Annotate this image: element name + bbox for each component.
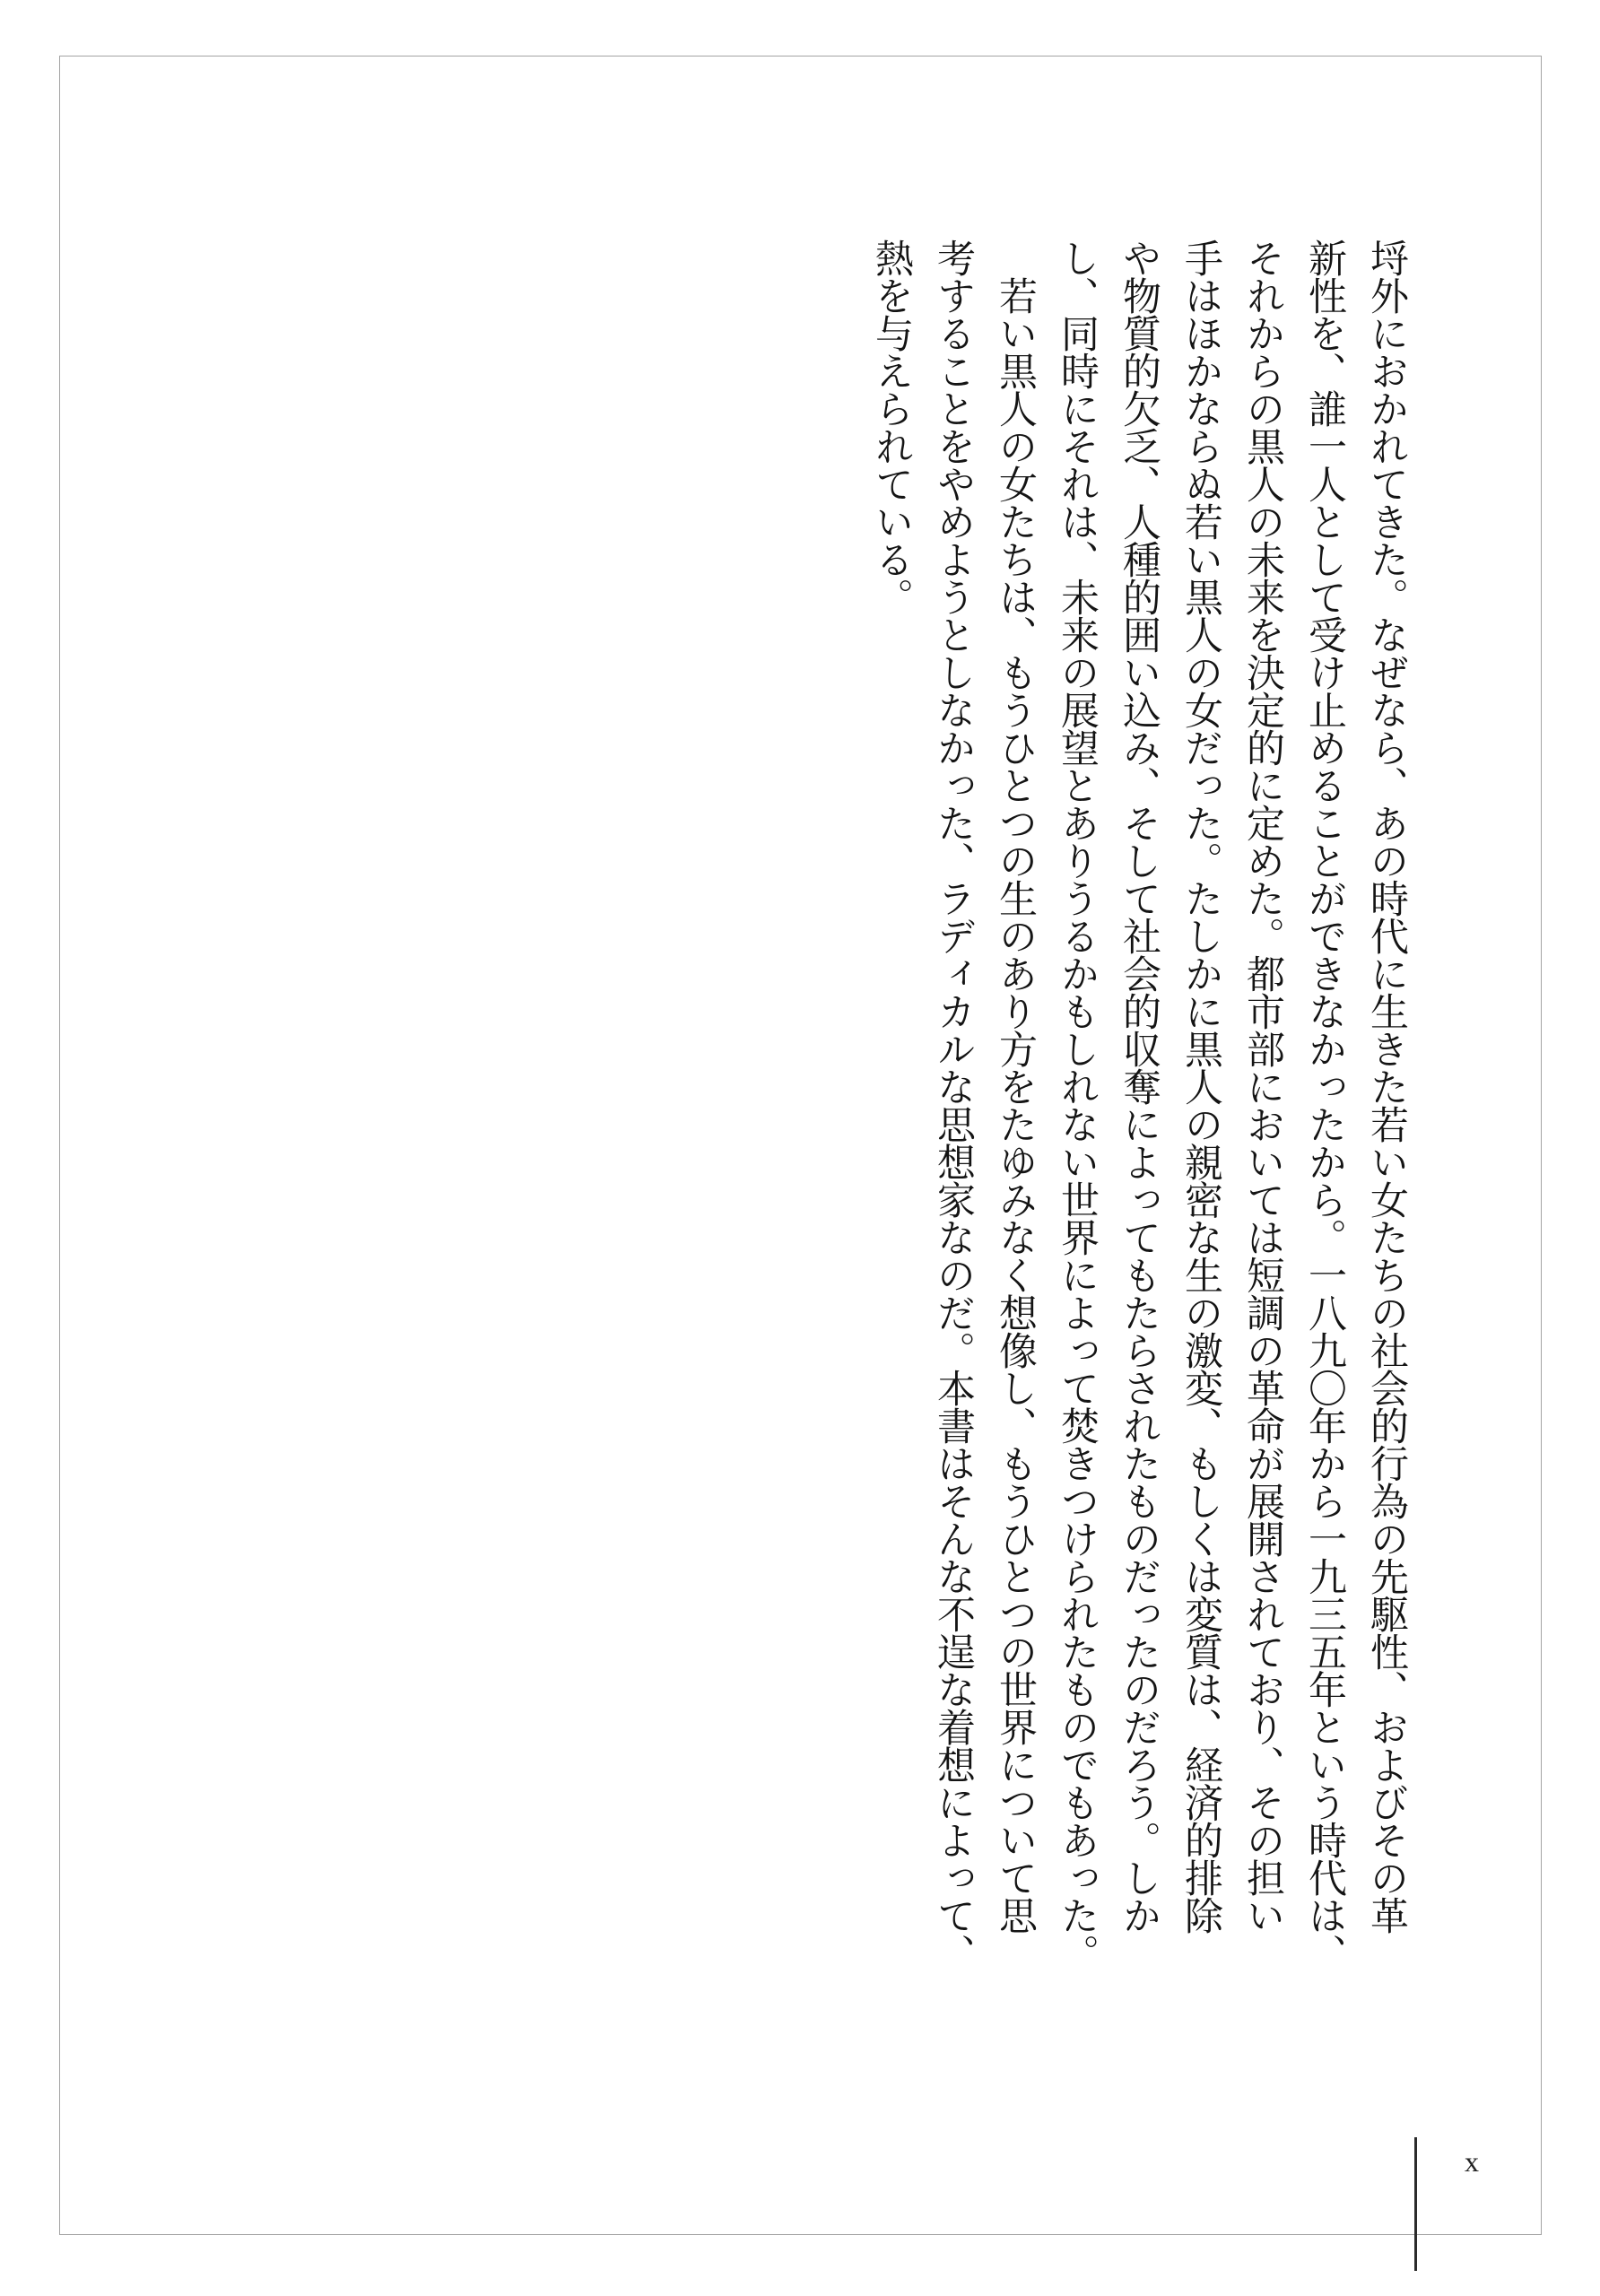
vertical-text-line: 熱を与えられている。 [860, 239, 922, 2023]
folio-rule [1414, 2137, 1417, 2271]
vertical-text-line: 埒外におかれてきた。なぜなら、あの時代に生きた若い女たちの社会的行為の先駆性、お… [1355, 239, 1417, 2023]
book-page: 埒外におかれてきた。なぜなら、あの時代に生きた若い女たちの社会的行為の先駆性、お… [0, 0, 1600, 2296]
vertical-text-line: や物質的欠乏、人種的囲い込み、そして社会的収奪によってもたらされたものだったのだ… [1108, 239, 1170, 2023]
vertical-text-block: 埒外におかれてきた。なぜなら、あの時代に生きた若い女たちの社会的行為の先駆性、お… [860, 239, 1417, 2023]
vertical-text-line: し、同時にそれは、未来の展望とありうるかもしれない世界によって焚きつけられたもの… [1046, 239, 1108, 2023]
page-number: x [1465, 2145, 1479, 2179]
vertical-text-line: それからの黒人の未来を決定的に定めた。都市部においては短調の革命が展開されており… [1231, 239, 1293, 2023]
vertical-text-line: 新性を、誰一人として受け止めることができなかったから。一八九〇年から一九三五年と… [1293, 239, 1355, 2023]
vertical-text-line: 考することをやめようとしなかった、ラディカルな思想家なのだ。本書はそんな不逞な着… [922, 239, 984, 2023]
vertical-text-line: 手はほかならぬ若い黒人の女だった。たしかに黒人の親密な生の激変、もしくは変質は、… [1170, 239, 1231, 2023]
vertical-text-line: 若い黒人の女たちは、もうひとつの生のあり方をたゆみなく想像し、もうひとつの世界に… [984, 239, 1046, 2023]
